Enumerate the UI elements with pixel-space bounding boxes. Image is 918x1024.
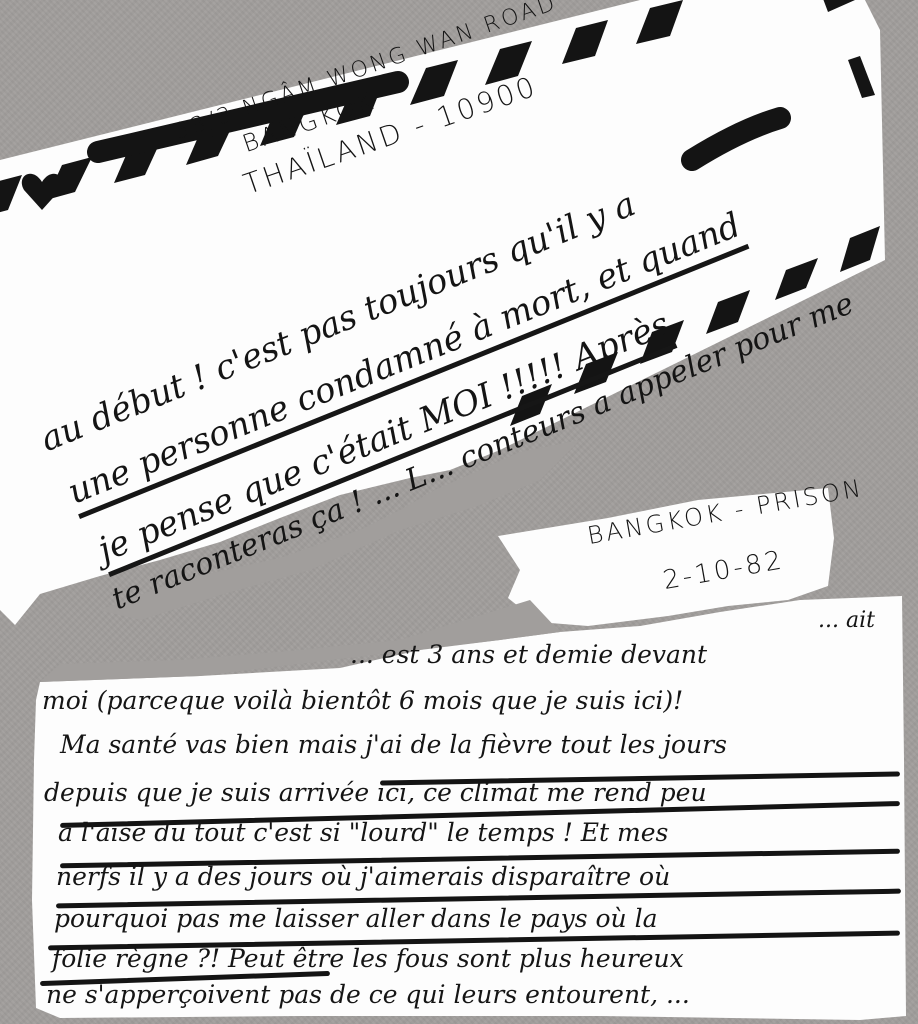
letter-sheet: ... ait ... est 3 ans et demie devant mo… (0, 0, 918, 1024)
letter-line-5: a l'aise du tout c'est si "lourd" le tem… (58, 818, 668, 847)
letter-line-2: moi (parceque voilà bientôt 6 mois que j… (42, 686, 683, 715)
letter-line-3: Ma santé vas bien mais j'ai de la fièvre… (60, 730, 727, 759)
letter-line-9: ne s'apperçoivent pas de ce qui leurs en… (46, 980, 690, 1009)
letter-line-8: folie règne ?! Peut être les fous sont p… (52, 944, 684, 973)
letter-line-6: nerfs il y a des jours où j'aimerais dis… (56, 862, 670, 891)
letter-line-1: ... est 3 ans et demie devant (350, 640, 707, 669)
letter-line-4: depuis que je suis arrivée ici, ce clima… (44, 778, 707, 807)
letter-line-0: ... ait (818, 608, 875, 633)
letter-line-7: pourquoi pas me laisser aller dans le pa… (54, 904, 658, 933)
